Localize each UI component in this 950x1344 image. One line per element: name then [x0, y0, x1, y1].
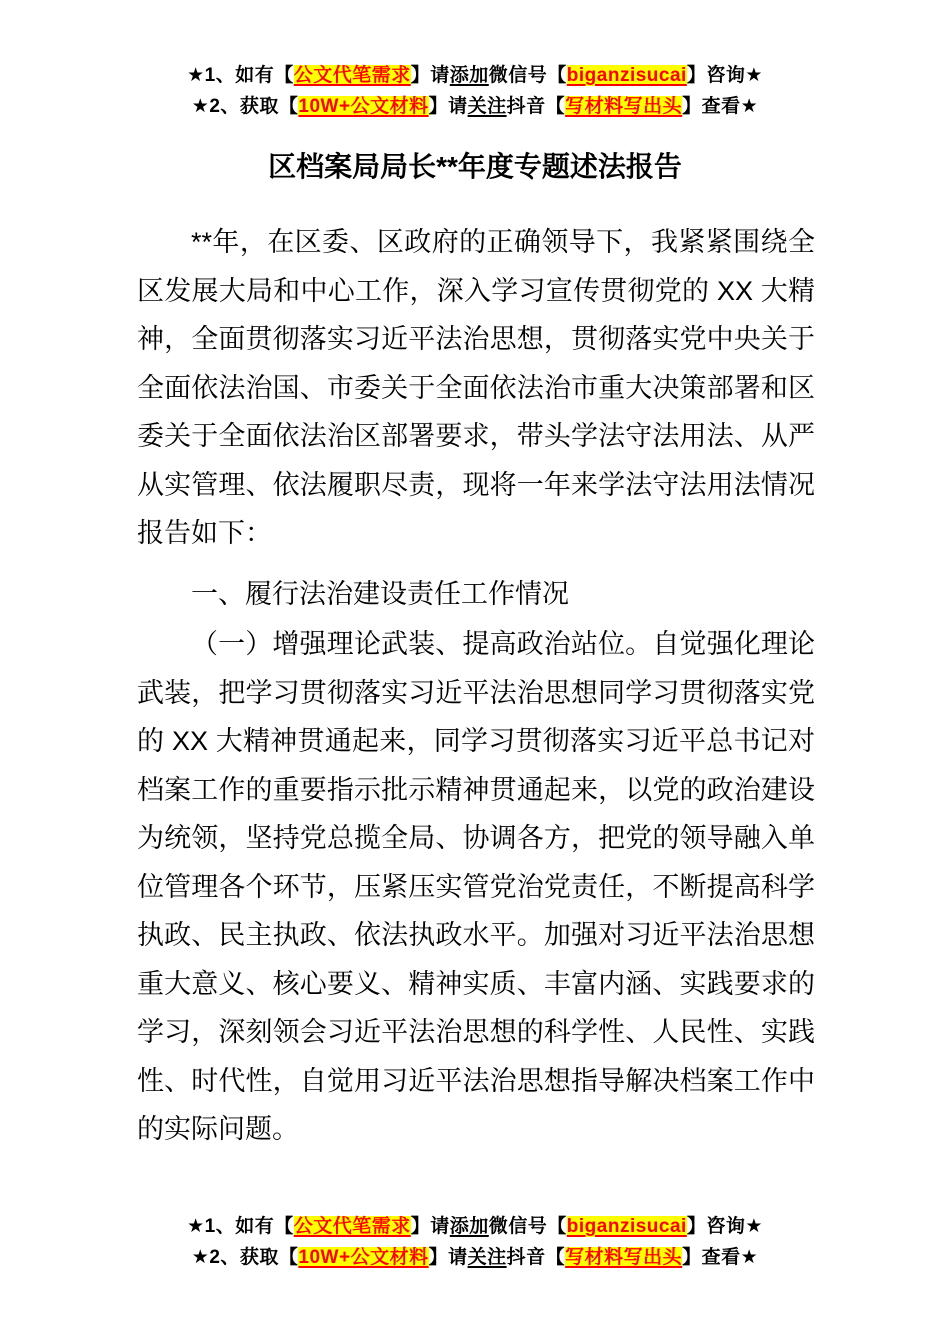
promo-underline-add: 添加: [450, 65, 489, 86]
promo-text: 】请: [411, 65, 450, 86]
promo-highlight-materials: 10W+公文材料: [298, 96, 428, 117]
promo-underline-follow: 关注: [468, 96, 507, 117]
promo-text: 】查看★: [682, 1247, 758, 1268]
promo-text: ★2、获取【: [192, 96, 299, 117]
promo-underline-add: 添加: [450, 1216, 489, 1237]
promo-text: 】查看★: [682, 96, 758, 117]
document-body: **年，在区委、区政府的正确领导下，我紧紧围绕全区发展大局和中心工作，深入学习宣…: [137, 218, 815, 1154]
promo-text: 】请: [429, 96, 468, 117]
section-heading-1: 一、履行法治建设责任工作情况: [137, 570, 815, 619]
promo-douyin-id[interactable]: 写材料写出头: [565, 1247, 682, 1268]
paragraph-section-1-1: （一）增强理论武装、提高政治站位。自觉强化理论武装，把学习贯彻落实习近平法治思想…: [137, 620, 815, 1154]
promo-wechat-id[interactable]: biganzisucai: [567, 1216, 687, 1237]
promo-highlight-materials: 10W+公文材料: [298, 1247, 428, 1268]
document-page: ★1、如有【公文代笔需求】请添加微信号【biganzisucai】咨询★ ★2、…: [0, 0, 950, 1344]
promo-line-2: ★2、获取【10W+公文材料】请关注抖音【写材料写出头】查看★: [0, 91, 950, 122]
promo-text: 抖音【: [507, 1247, 566, 1268]
paragraph-intro: **年，在区委、区政府的正确领导下，我紧紧围绕全区发展大局和中心工作，深入学习宣…: [137, 218, 815, 558]
promo-text: 】咨询★: [687, 65, 763, 86]
promo-text: ★2、获取【: [192, 1247, 299, 1268]
promo-text: 微信号【: [489, 65, 567, 86]
promo-text: 】请: [411, 1216, 450, 1237]
promo-underline-follow: 关注: [468, 1247, 507, 1268]
promo-text: 抖音【: [507, 96, 566, 117]
promo-banner-bottom: ★1、如有【公文代笔需求】请添加微信号【biganzisucai】咨询★ ★2、…: [0, 1211, 950, 1273]
promo-highlight-writing-service: 公文代笔需求: [294, 65, 411, 86]
promo-douyin-id[interactable]: 写材料写出头: [565, 96, 682, 117]
promo-text: 】请: [429, 1247, 468, 1268]
promo-banner-top: ★1、如有【公文代笔需求】请添加微信号【biganzisucai】咨询★ ★2、…: [0, 60, 950, 122]
promo-text: ★1、如有【: [187, 65, 294, 86]
promo-line-2: ★2、获取【10W+公文材料】请关注抖音【写材料写出头】查看★: [0, 1242, 950, 1273]
promo-highlight-writing-service: 公文代笔需求: [294, 1216, 411, 1237]
promo-text: ★1、如有【: [187, 1216, 294, 1237]
promo-text: 】咨询★: [687, 1216, 763, 1237]
document-title: 区档案局局长**年度专题述法报告: [0, 145, 950, 189]
promo-text: 微信号【: [489, 1216, 567, 1237]
promo-wechat-id[interactable]: biganzisucai: [567, 65, 687, 86]
promo-line-1: ★1、如有【公文代笔需求】请添加微信号【biganzisucai】咨询★: [0, 60, 950, 91]
promo-line-1: ★1、如有【公文代笔需求】请添加微信号【biganzisucai】咨询★: [0, 1211, 950, 1242]
